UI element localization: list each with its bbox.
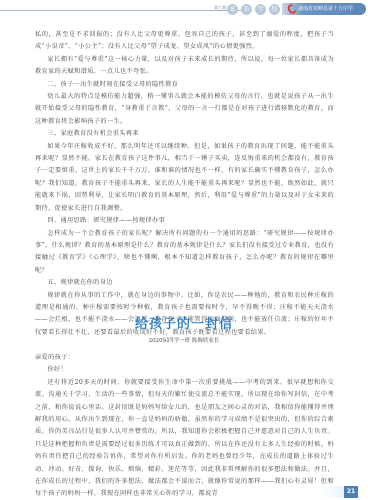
school-name: 湖南省双峰县第十九中学 [298, 5, 353, 12]
section-heading-3: 三、家庭教育没有机会重头再来 [35, 128, 334, 140]
section-heading-4: 四、通用思路：研究规律——按规律办事 [35, 215, 334, 227]
issue-label: 第七期 [214, 5, 226, 11]
paragraph: 还有将近20多天的时间，你就要接受你生命中第一次重要挑战——中考的到来。很早就想… [35, 377, 334, 500]
page-tab-decoration [322, 486, 344, 498]
paragraph: 家长拥有“爱与尊重”这一核心力量，以及对孩子未来成长的期待，所以说，每一位家长都… [35, 54, 334, 79]
paragraph: 如果今年庄稼收成不好，那么明年还可以继续种。但是，如果孩子的教育出现了问题，能不… [35, 141, 334, 215]
school-banner: 湖南省双峰县第十九中学 [282, 3, 366, 15]
header-circles: 家 长 学 校 [227, 4, 280, 15]
header-circle-2: 长 [241, 4, 252, 15]
letter-byline: 2020届四学一班 陈婉欣家长 [0, 336, 368, 344]
paragraph: 幼儿最大的特点是模仿能力超强，稍一懂事儿就会本能的模仿父母的言行。也就是说孩子从… [35, 91, 334, 128]
article-section: 私的，甚至是不求回报的；没有人比父母更尊重、包容自己的孩子，甚至到了溺爱的程度，… [35, 29, 334, 339]
paragraph: 私的，甚至是不求回报的；没有人比父母更尊重、包容自己的孩子，甚至到了溺爱的程度，… [35, 29, 334, 54]
greeting: 你好！ [35, 364, 334, 376]
paragraph: 怎样成为一个会教育孩子的家长呢？解决所有问题的有一个通用的思路：“研究规律——按… [35, 228, 334, 278]
header-circle-3: 学 [255, 4, 266, 15]
header-circle-1: 家 [227, 4, 238, 15]
header-rule [0, 10, 250, 11]
school-logo-icon [286, 3, 298, 16]
header-circle-4: 校 [269, 4, 280, 15]
salutation: 亲爱的孩子： [35, 352, 334, 364]
letter-title: 给孩子的一封信 [0, 313, 368, 332]
section-heading-5: 五、规律就在你的身边 [35, 277, 334, 289]
page-header: 第七期 家 长 学 校 湖南省双峰县第十九中学 [0, 0, 368, 20]
letter-body: 亲爱的孩子： 你好！ 还有将近20多天的时间，你就要接受你生命中第一次重要挑战—… [35, 352, 334, 500]
section-heading-2: 二、孩子一出生就时刻在接受父母的隐性教育 [35, 79, 334, 91]
page-number: 21 [344, 486, 358, 498]
